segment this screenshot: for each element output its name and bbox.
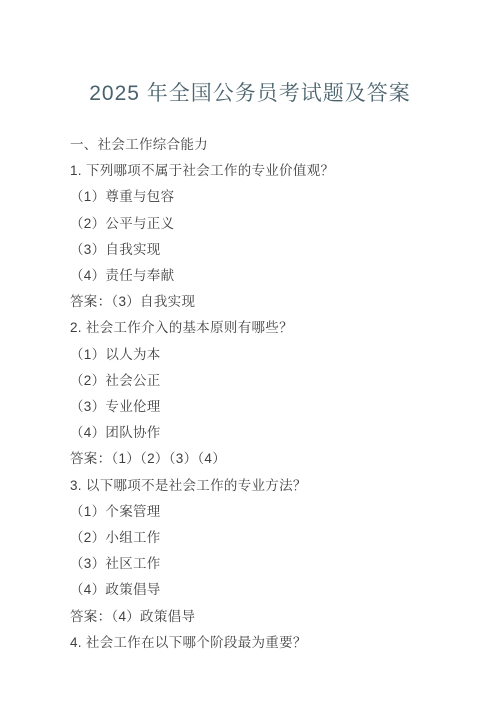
- document-page: 2025 年全国公务员考试题及答案 一、社会工作综合能力 1. 下列哪项不属于社…: [0, 0, 500, 707]
- question-block: 3. 以下哪项不是社会工作的专业方法？ （1）个案管理 （2）小组工作 （3）社…: [70, 473, 445, 630]
- question-option: （4）责任与奉献: [70, 263, 445, 289]
- document-body: 一、社会工作综合能力 1. 下列哪项不属于社会工作的专业价值观？ （1）尊重与包…: [0, 132, 500, 656]
- answer-line: 答案：（1）（2）（3）（4）: [70, 446, 445, 472]
- question-text: 1. 下列哪项不属于社会工作的专业价值观？: [70, 158, 445, 184]
- question-option: （1）个案管理: [70, 499, 445, 525]
- answer-line: 答案：（3）自我实现: [70, 289, 445, 315]
- question-option: （3）自我实现: [70, 237, 445, 263]
- question-option: （4）团队协作: [70, 420, 445, 446]
- section-heading: 一、社会工作综合能力: [70, 132, 445, 158]
- question-option: （1）尊重与包容: [70, 184, 445, 210]
- question-option: （4）政策倡导: [70, 577, 445, 603]
- question-option: （2）社会公正: [70, 368, 445, 394]
- question-option: （2）小组工作: [70, 525, 445, 551]
- question-block: 4. 社会工作在以下哪个阶段最为重要？: [70, 630, 445, 656]
- question-option: （3）社区工作: [70, 551, 445, 577]
- answer-line: 答案：（4）政策倡导: [70, 604, 445, 630]
- question-text: 4. 社会工作在以下哪个阶段最为重要？: [70, 630, 445, 656]
- question-option: （3）专业伦理: [70, 394, 445, 420]
- question-option: （2）公平与正义: [70, 211, 445, 237]
- question-block: 1. 下列哪项不属于社会工作的专业价值观？ （1）尊重与包容 （2）公平与正义 …: [70, 158, 445, 315]
- question-text: 2. 社会工作介入的基本原则有哪些？: [70, 315, 445, 341]
- question-option: （1）以人为本: [70, 342, 445, 368]
- document-title: 2025 年全国公务员考试题及答案: [0, 82, 500, 106]
- question-text: 3. 以下哪项不是社会工作的专业方法？: [70, 473, 445, 499]
- question-block: 2. 社会工作介入的基本原则有哪些？ （1）以人为本 （2）社会公正 （3）专业…: [70, 315, 445, 472]
